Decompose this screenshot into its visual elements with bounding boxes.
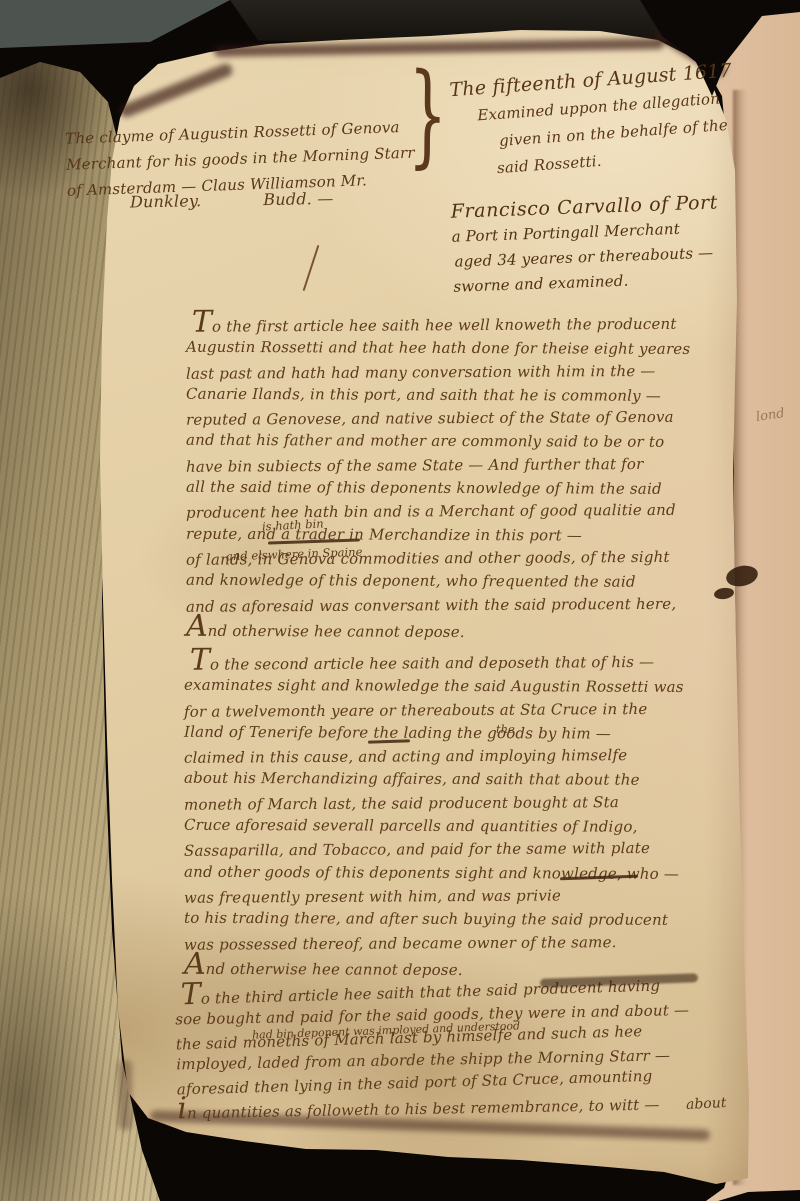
manuscript-line: all the said time of this deponents know… <box>186 476 761 502</box>
manuscript-line: Augustin Rossetti and that hee hath done… <box>186 336 761 362</box>
manuscript-line: was possessed thereof, and became owner … <box>184 930 759 957</box>
manuscript-line: have bin subiects of the same State — An… <box>186 452 761 479</box>
manuscript-line: last past and hath had many conversation… <box>186 359 761 386</box>
manuscript-line: To the second article hee saith and depo… <box>184 646 759 677</box>
manuscript-line: about his Merchandizing affaires, and sa… <box>184 767 759 793</box>
manuscript-line: And otherwise hee cannot depose. <box>186 616 761 646</box>
manuscript-line: Canarie Ilands, in this port, and saith … <box>186 383 761 409</box>
manuscript-line: moneth of March last, the said producent… <box>184 790 759 817</box>
article-2-paragraph: To the second article hee saith and depo… <box>184 648 759 982</box>
claim-brace: } <box>408 103 448 128</box>
manuscript-line: Cruce aforesaid severall parcells and qu… <box>184 814 759 840</box>
manuscript-line: and that his father and mother are commo… <box>186 429 761 455</box>
manuscript-line: and as aforesaid was conversant with the… <box>186 592 761 619</box>
article-1-paragraph: To the first article hee saith hee well … <box>186 310 761 644</box>
manuscript-photo: The clayme of Augustin Rossetti of Genov… <box>0 0 800 1201</box>
manuscript-line: examinates sight and knowledge the said … <box>184 674 759 700</box>
singed-edge <box>118 1060 132 1130</box>
signature-budd: Budd. — <box>263 187 334 212</box>
signature-dunkley: Dunkley. <box>130 189 202 214</box>
manuscript-line: and knowledge of this deponent, who freq… <box>186 569 761 595</box>
article-3-paragraph: To the third article hee saith that the … <box>174 969 767 1126</box>
manuscript-line: To the first article hee saith hee well … <box>186 308 761 339</box>
catchword: about <box>686 1095 727 1113</box>
manuscript-line: for a twelvemonth yeare or thereabouts a… <box>184 697 759 724</box>
manuscript-line: was frequently present with him, and was… <box>184 883 759 910</box>
manuscript-line: to his trading there, and after such buy… <box>184 907 759 933</box>
manuscript-line: Sassaparilla, and Tobacco, and paid for … <box>184 837 759 864</box>
proctor-signatures: Dunkley. Budd. — <box>130 186 410 214</box>
examination-date-note: The fifteenth of August 1617Examined upp… <box>449 55 776 185</box>
manuscript-line: Iland of Tenerife before the lading the … <box>184 721 759 747</box>
manuscript-line: and other goods of this deponents sight … <box>184 860 759 886</box>
deponent-heading: Francisco Carvallo of Porta Port in Port… <box>450 188 783 299</box>
interlineation: the <box>496 722 515 736</box>
